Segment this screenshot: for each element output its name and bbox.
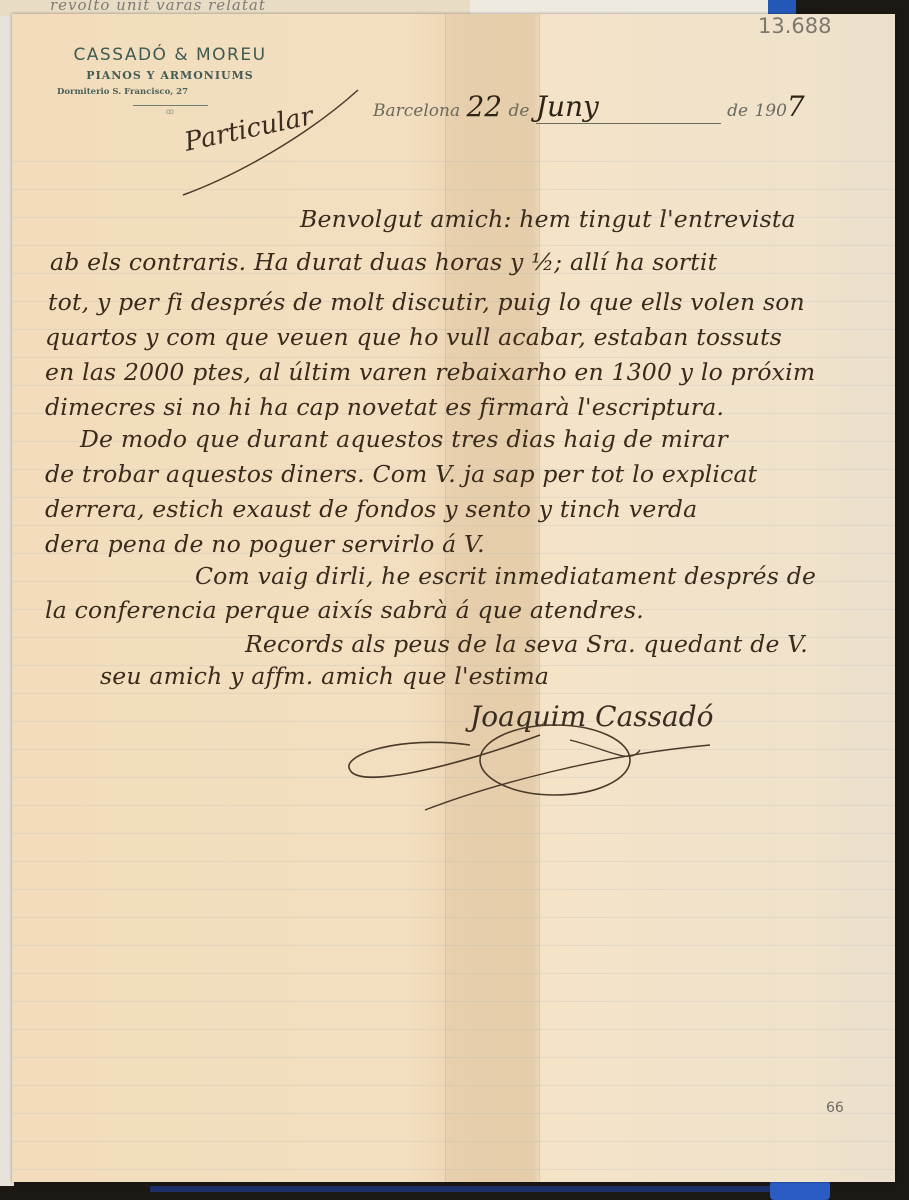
letterhead-company: CASSADÓ & MOREU [40,45,300,65]
letter-line: derrera, estich exaust de fondos y sento… [45,495,697,523]
letter-line: dera pena de no poguer servirlo á V. [45,530,485,558]
signature-flourish-icon [340,715,720,825]
date-de: de [508,101,529,121]
date-day: 22 [466,90,502,123]
letterhead-subtitle: PIANOS Y ARMONIUMS [40,69,300,82]
date-de-2: de [727,101,748,121]
letter-line: De modo que durant aquestos tres dias ha… [80,425,728,453]
date-month: Juny [536,90,721,124]
letter-line: en las 2000 ptes, al últim varen rebaixa… [45,358,815,386]
letter-line: Records als peus de la seva Sra. quedant… [245,630,808,658]
letter-line: Benvolgut amich: hem tingut l'entrevista [300,205,796,233]
letter-line: ab els contraris. Ha durat duas horas y … [50,248,717,276]
letter-line: seu amich y affm. amich que l'estima [100,662,549,690]
letter-line: Com vaig dirli, he escrit inmediatament … [195,562,816,590]
archive-number: 13.688 [758,14,831,38]
letter-line: tot, y per fi després de molt discutir, … [48,288,805,316]
page-number: 66 [826,1100,844,1116]
backing-sheet-text: revolto unit varas relatat [50,0,266,14]
letter-line: quartos y com que veuen que ho vull acab… [45,323,782,351]
date-year-suffix: 7 [787,90,805,123]
blue-folder-edge [150,1186,770,1192]
letter-line: de trobar aquestos diners. Com V. ja sap… [45,460,757,488]
date-city: Barcelona [373,101,460,121]
blue-tape-bottom [770,1180,830,1200]
date-year-prefix: 190 [754,101,786,121]
letter-line: dimecres si no hi ha cap novetat es firm… [45,393,724,421]
letter-line: la conferencia perque aixís sabrà á que … [45,596,644,624]
dateline: Barcelona 22 de Juny de 1907 [373,90,805,124]
particular-flourish-icon [178,85,368,205]
scan-stage: revolto unit varas relatat CASSADÓ & MOR… [0,0,909,1200]
